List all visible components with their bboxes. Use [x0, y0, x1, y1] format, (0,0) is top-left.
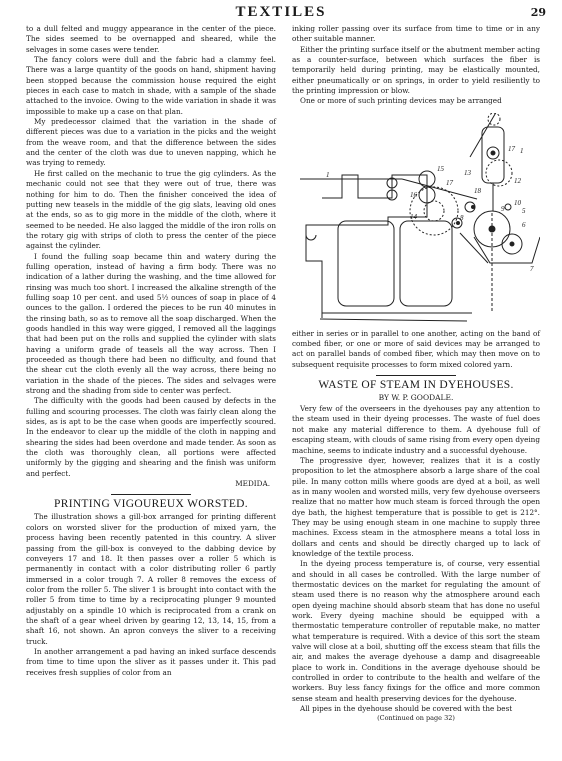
- continuation-note: (Continued on page 32): [292, 714, 540, 723]
- paragraph: He first called on the mechanic to true …: [26, 169, 276, 252]
- article-byline: BY W. P. GOODALE.: [292, 393, 540, 403]
- svg-text:15: 15: [437, 165, 445, 173]
- paragraph: In another arrangement a pad having an i…: [26, 647, 276, 678]
- svg-text:17: 17: [446, 179, 454, 187]
- paragraph: either in series or in parallel to one a…: [292, 329, 540, 370]
- svg-text:12: 12: [514, 177, 522, 185]
- svg-text:1: 1: [326, 171, 330, 179]
- paragraph: The fancy colors were dull and the fabri…: [26, 55, 276, 117]
- paragraph: All pipes in the dyehouse should be cove…: [292, 704, 540, 714]
- section-divider: [376, 375, 456, 376]
- paragraph: The illustration shows a gill-box arrang…: [26, 512, 276, 646]
- article-heading: WASTE OF STEAM IN DYEHOUSES.: [292, 379, 540, 392]
- svg-text:5: 5: [522, 207, 526, 215]
- paragraph: The progressive dyer, however, realizes …: [292, 456, 540, 559]
- paragraph: The difficulty with the goods had been c…: [26, 396, 276, 479]
- gill-box-diagram-icon: 1 1 17 15 13 17 12 16 18 10 9 5 14 8 6 7: [292, 113, 540, 327]
- section-divider: [111, 494, 191, 495]
- author-signature: MEDIDA.: [26, 479, 276, 489]
- page-header: TEXTILES 29: [0, 4, 562, 22]
- article-heading: PRINTING VIGOUREUX WORSTED.: [26, 498, 276, 511]
- paragraph: to a dull felted and muggy appearance in…: [26, 24, 276, 55]
- page-number: 29: [531, 6, 546, 19]
- svg-text:17: 17: [508, 145, 516, 153]
- patent-illustration: 1 1 17 15 13 17 12 16 18 10 9 5 14 8 6 7: [292, 113, 540, 327]
- paragraph: I found the fulling soap became thin and…: [26, 252, 276, 397]
- svg-text:16: 16: [410, 191, 418, 199]
- paragraph: My predecessor claimed that the variatio…: [26, 117, 276, 169]
- svg-text:14: 14: [410, 213, 418, 221]
- svg-text:9: 9: [501, 205, 505, 213]
- paragraph: In the dyeing process temperature is, of…: [292, 559, 540, 704]
- paragraph: inking roller passing over its surface f…: [292, 24, 540, 45]
- paragraph: One or more of such printing devices may…: [292, 96, 540, 106]
- magazine-title: TEXTILES: [0, 4, 562, 21]
- svg-text:1: 1: [520, 147, 524, 155]
- paragraph: Either the printing surface itself or th…: [292, 45, 540, 97]
- svg-text:6: 6: [522, 221, 526, 229]
- svg-text:18: 18: [474, 187, 482, 195]
- svg-text:13: 13: [464, 169, 472, 177]
- left-column: to a dull felted and muggy appearance in…: [26, 24, 276, 678]
- svg-text:7: 7: [530, 265, 534, 273]
- right-column: inking roller passing over its surface f…: [292, 24, 540, 723]
- svg-text:10: 10: [514, 199, 522, 207]
- paragraph: Very few of the overseers in the dyehous…: [292, 404, 540, 456]
- svg-text:8: 8: [460, 214, 464, 222]
